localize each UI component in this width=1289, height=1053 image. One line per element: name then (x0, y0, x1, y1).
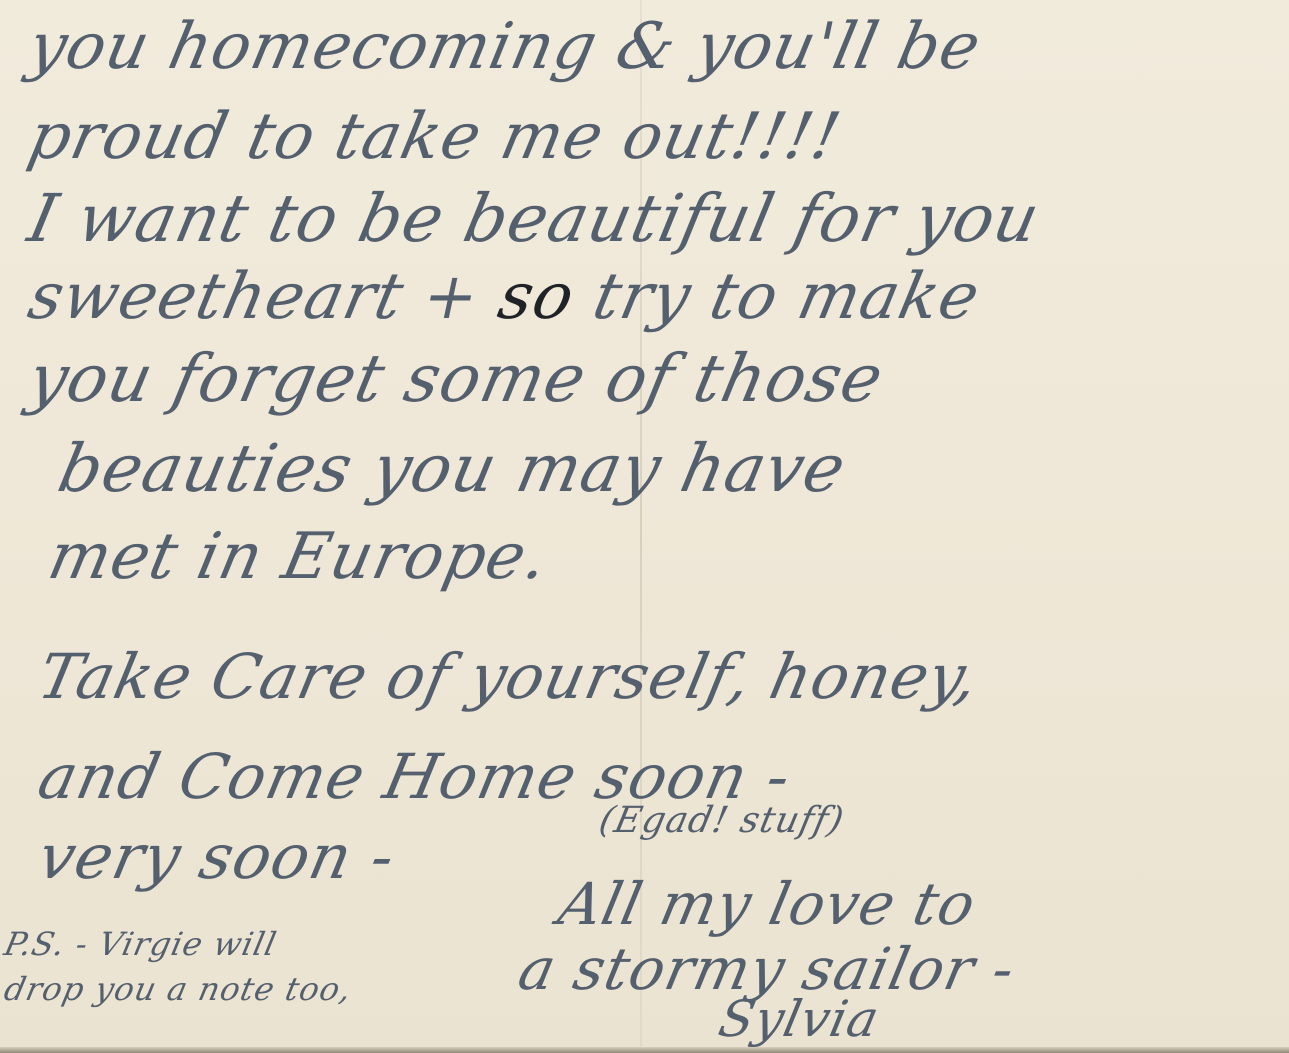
letter-line-10: very soon - (32, 820, 402, 893)
letter-line-6: beauties you may have (52, 430, 853, 507)
signature: Sylvia (714, 990, 885, 1048)
letter-line-2: proud to take me out!!!! (22, 100, 847, 174)
postscript-line-2: drop you a note too, (1, 970, 356, 1008)
letter-line-4-prefix: sweetheart + (22, 260, 508, 334)
letter-line-8: Take Care of yourself, honey, (32, 640, 985, 713)
letter-line-5: you forget some of those (22, 340, 890, 417)
letter-line-4: sweetheart + so try to make (22, 260, 986, 334)
letter-line-11: All my love to (553, 870, 982, 938)
paper-bottom-edge (0, 1047, 1289, 1053)
postscript-line-1: P.S. - Virgie will (1, 925, 280, 963)
letter-aside-note: (Egad! stuff) (596, 800, 848, 841)
letter-line-4-suffix: try to make (565, 260, 986, 334)
letter-line-7: met in Europe. (42, 520, 555, 594)
letter-line-1: you homecoming & you'll be (22, 10, 987, 84)
letter-line-3: I want to be beautiful for you (22, 180, 1047, 257)
letter-page: you homecoming & you'll be proud to take… (0, 0, 1289, 1053)
